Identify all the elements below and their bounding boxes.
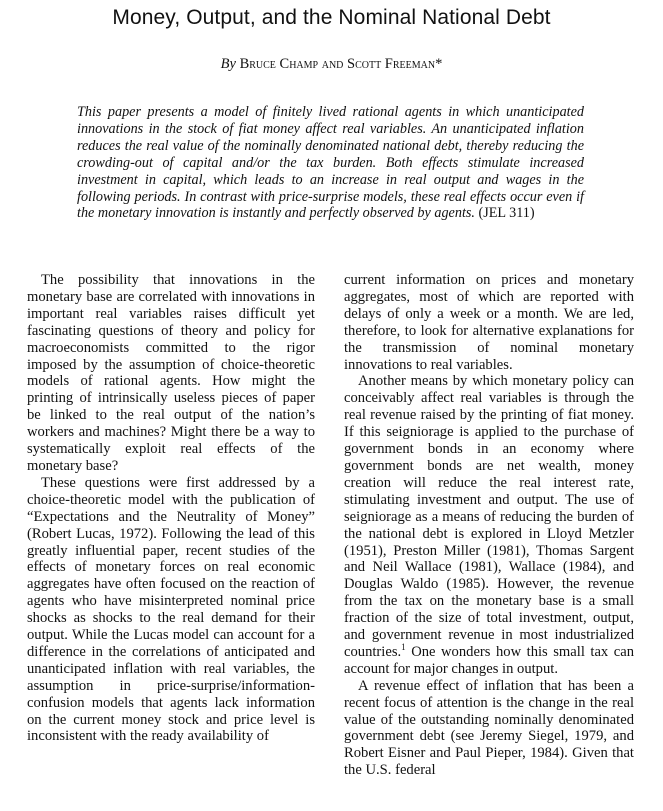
paper-title: Money, Output, and the Nominal National … (0, 6, 663, 30)
author-byline: By Bruce Champ and Scott Freeman* (0, 56, 663, 73)
paragraph-text: Another means by which monetary policy c… (344, 373, 634, 660)
body-paragraph: These questions were first addressed by … (27, 475, 315, 746)
body-paragraph: Another means by which monetary policy c… (344, 373, 634, 677)
abstract-text: This paper presents a model of finitely … (77, 104, 584, 221)
author-names: Bruce Champ and Scott Freeman* (240, 56, 443, 72)
body-paragraph: A revenue effect of inflation that has b… (344, 678, 634, 779)
footnote-marker[interactable]: 1 (401, 642, 406, 652)
body-right-column: current information on prices and moneta… (344, 272, 634, 779)
byline-prefix: By (221, 56, 236, 72)
body-paragraph: current information on prices and moneta… (344, 272, 634, 373)
body-paragraph: The possibility that innovations in the … (27, 272, 315, 475)
abstract: This paper presents a model of finitely … (77, 104, 584, 222)
jel-code: (JEL 311) (479, 205, 535, 221)
body-left-column: The possibility that innovations in the … (27, 272, 315, 745)
